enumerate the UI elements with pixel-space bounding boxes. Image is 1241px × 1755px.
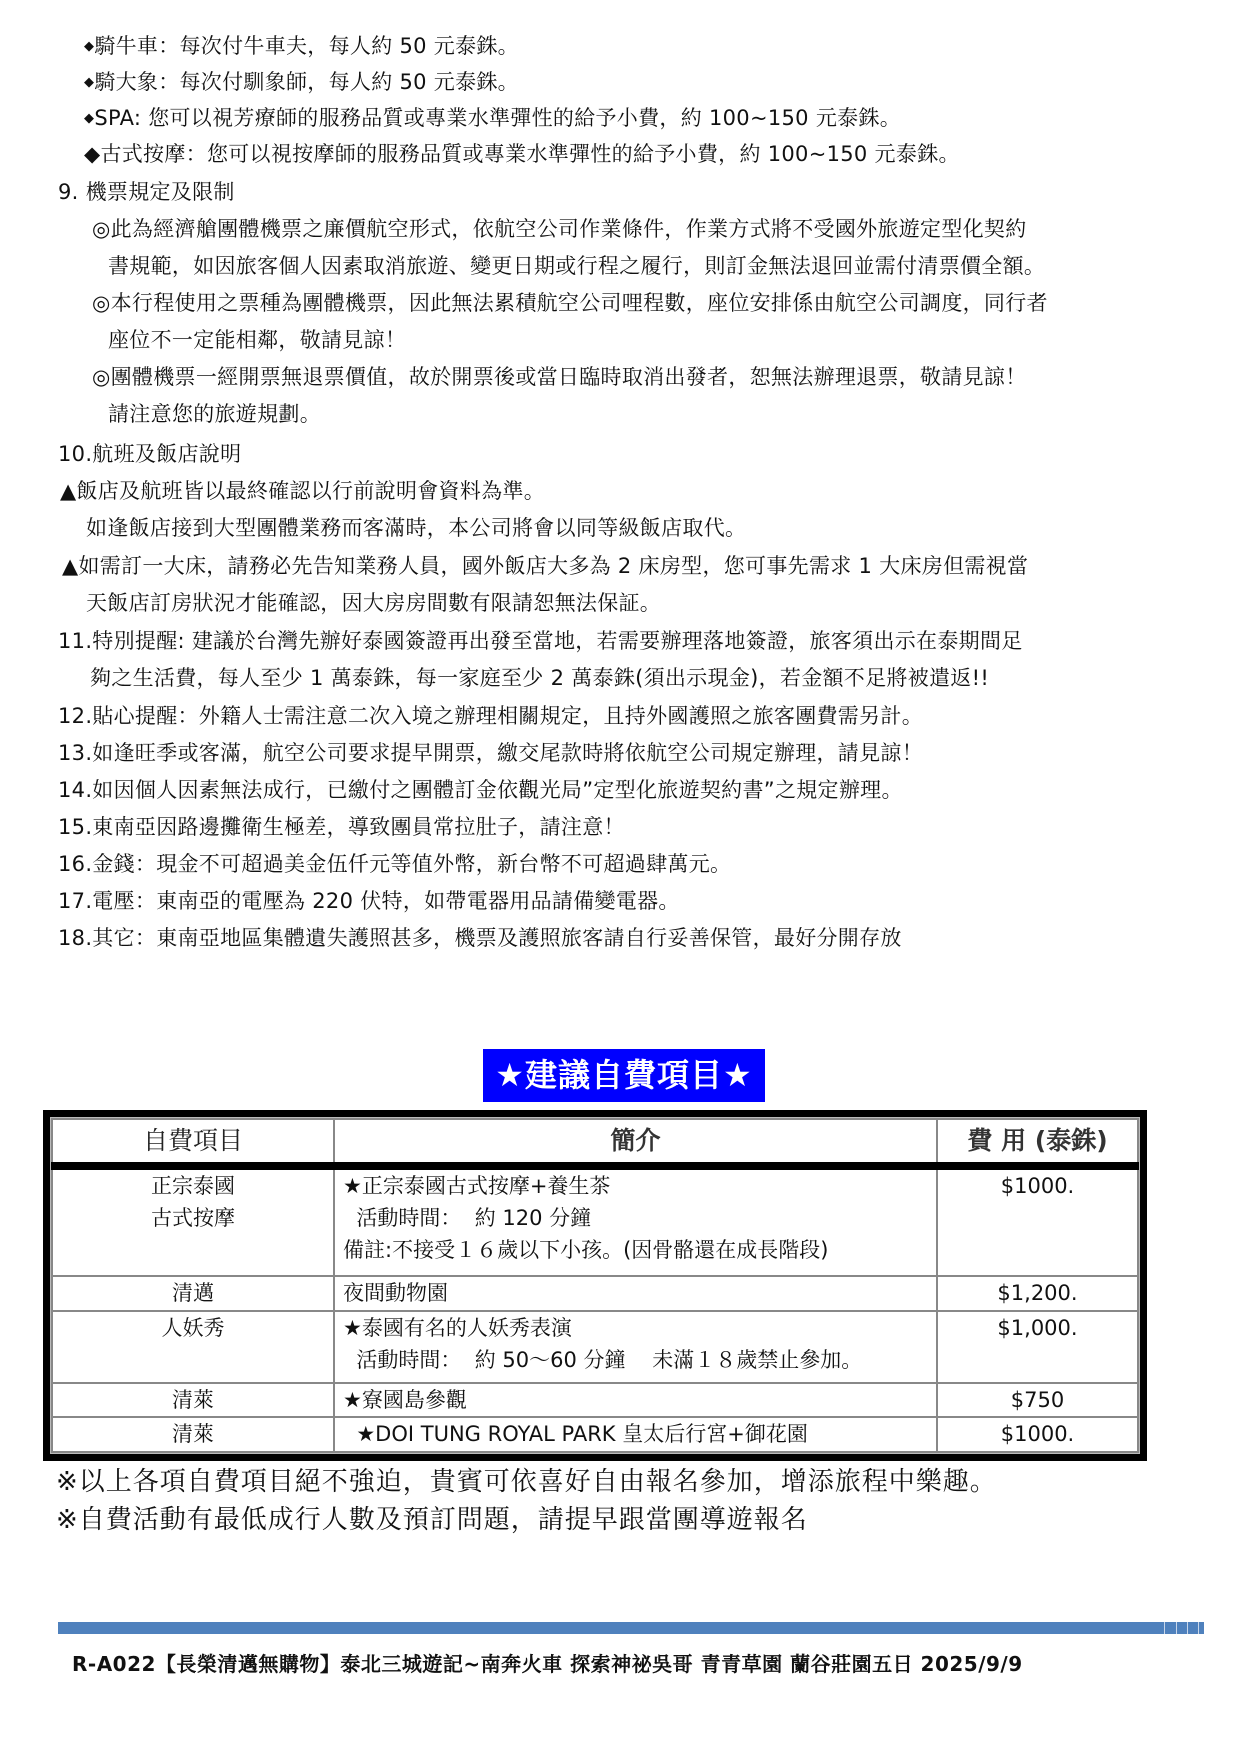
item-line: 古式按摩 — [61, 1202, 325, 1234]
table-header-row: 自費項目 簡介 費 用 (泰銖) — [52, 1119, 1138, 1166]
section-9-item-3-line-1: ◎團體機票一經開票無退票價值，故於開票後或當日臨時取消出發者，恕無法辦理退票，敬… — [92, 363, 1027, 391]
table-row: 清萊 ★寮國島參觀 $750 — [52, 1383, 1138, 1418]
section-9-item-1-line-1: ◎此為經濟艙團體機票之廉價航空形式，依航空公司作業條件，作業方式將不受國外旅遊定… — [92, 215, 1027, 243]
table-row: 清萊 ★DOI TUNG ROYAL PARK 皇太后行宮+御花園 $1000. — [52, 1417, 1138, 1452]
section-10-item-1-line-1: ▲飯店及航班皆以最終確認以行前說明會資料為準。 — [60, 477, 545, 505]
footer-itinerary-code: R-A022【長榮清邁無購物】泰北三城遊記~南奔火車 探索神祕吳哥 青青草園 蘭… — [72, 1648, 1023, 1677]
optional-tours-title: ★建議自費項目★ — [483, 1049, 765, 1102]
table-row: 清邁 夜間動物園 $1,200. — [52, 1276, 1138, 1311]
section-9-item-1-line-2: 書規範，如因旅客個人因素取消旅遊、變更日期或行程之履行，則訂金無法退回並需付清票… — [108, 252, 1045, 280]
cell-description: ★泰國有名的人妖秀表演 活動時間： 約 50～60 分鐘 未滿１８歲禁止參加。 — [334, 1311, 937, 1383]
section-10-item-2-line-1: ▲如需訂一大床，請務必先告知業務人員，國外飯店大多為 2 床房型，您可事先需求 … — [62, 552, 1028, 580]
table-row: 人妖秀 ★泰國有名的人妖秀表演 活動時間： 約 50～60 分鐘 未滿１８歲禁止… — [52, 1311, 1138, 1383]
cell-item: 清萊 — [52, 1383, 334, 1418]
bar-segment — [1176, 1622, 1177, 1634]
tip-text: 騎牛車：每次付牛車夫，每人約 50 元泰銖。 — [94, 34, 519, 58]
bar-segment — [1187, 1622, 1188, 1634]
section-11-line-1: 11.特別提醒: 建議於台灣先辦好泰國簽證再出發至當地，若需要辦理落地簽證，旅客… — [58, 627, 1023, 655]
cell-description: ★正宗泰國古式按摩+養生茶 活動時間： 約 120 分鐘 備註:不接受１６歲以下… — [334, 1166, 937, 1276]
desc-line: 活動時間： 約 120 分鐘 — [343, 1202, 928, 1234]
footer-divider-bar — [58, 1622, 1204, 1634]
bar-segment — [1198, 1622, 1199, 1634]
tip-text: SPA: 您可以視芳療師的服務品質或專業水準彈性的給予小費，約 100~150 … — [94, 106, 901, 130]
cell-description: ★寮國島參觀 — [334, 1383, 937, 1418]
diamond-bullet-icon: ◆ — [84, 111, 94, 126]
tip-ox-cart: ◆騎牛車：每次付牛車夫，每人約 50 元泰銖。 — [84, 32, 519, 61]
note-minimum-participants: ※自費活動有最低成行人數及預訂問題，請提早跟當團導遊報名 — [56, 1503, 808, 1537]
desc-line: 備註:不接受１６歲以下小孩。(因骨骼還在成長階段) — [343, 1234, 928, 1266]
table-row: 正宗泰國 古式按摩 ★正宗泰國古式按摩+養生茶 活動時間： 約 120 分鐘 備… — [52, 1166, 1138, 1276]
section-10-item-1-line-2: 如逢飯店接到大型團體業務而客滿時，本公司將會以同等級飯店取代。 — [86, 514, 746, 542]
cell-description: 夜間動物園 — [334, 1276, 937, 1311]
section-10-item-2-line-2: 天飯店訂房狀況才能確認，因大房房間數有限請恕無法保証。 — [86, 589, 661, 617]
section-10-heading: 10.航班及飯店說明 — [58, 440, 241, 468]
tip-spa: ◆SPA: 您可以視芳療師的服務品質或專業水準彈性的給予小費，約 100~150… — [84, 104, 901, 133]
cell-price: $1000. — [937, 1417, 1138, 1452]
bar-segment — [1164, 1622, 1165, 1634]
tip-elephant: ◆騎大象：每次付馴象師，每人約 50 元泰銖。 — [84, 68, 519, 97]
item-17: 17.電壓：東南亞的電壓為 220 伏特，如帶電器用品請備變電器。 — [58, 887, 680, 915]
section-9-heading: 9. 機票規定及限制 — [58, 178, 235, 206]
section-9-item-2-line-1: ◎本行程使用之票種為團體機票，因此無法累積航空公司哩程數，座位安排係由航空公司調… — [92, 289, 1048, 317]
note-optional-not-forced: ※以上各項自費項目絕不強迫，貴賓可依喜好自由報名參加，增添旅程中樂趣。 — [56, 1465, 997, 1499]
tip-massage: ◆古式按摩：您可以視按摩師的服務品質或專業水準彈性的給予小費，約 100~150… — [84, 140, 960, 168]
cell-price: $1,200. — [937, 1276, 1138, 1311]
item-18: 18.其它：東南亞地區集體遺失護照甚多，機票及護照旅客請自行妥善保管，最好分開存… — [58, 924, 902, 952]
tip-text: 騎大象：每次付馴象師，每人約 50 元泰銖。 — [94, 70, 519, 94]
cell-description: ★DOI TUNG ROYAL PARK 皇太后行宮+御花園 — [334, 1417, 937, 1452]
cell-item: 清萊 — [52, 1417, 334, 1452]
tip-text: 古式按摩：您可以視按摩師的服務品質或專業水準彈性的給予小費，約 100~150 … — [100, 142, 959, 166]
item-14: 14.如因個人因素無法成行，已繳付之團體訂金依觀光局”定型化旅遊契約書”之規定辦… — [58, 776, 903, 804]
optional-tours-table: 自費項目 簡介 費 用 (泰銖) 正宗泰國 古式按摩 ★正宗泰國古式按摩+養生茶… — [51, 1118, 1139, 1453]
desc-line: 活動時間： 約 50～60 分鐘 未滿１８歲禁止參加。 — [343, 1344, 928, 1376]
item-12: 12.貼心提醒：外籍人士需注意二次入境之辦理相關規定，且持外國護照之旅客團費需另… — [58, 702, 923, 730]
diamond-bullet-icon: ◆ — [84, 75, 94, 90]
diamond-bullet-icon: ◆ — [84, 39, 94, 54]
desc-line: ★泰國有名的人妖秀表演 — [343, 1312, 928, 1344]
section-9-item-3-line-2: 請注意您的旅遊規劃。 — [108, 400, 321, 428]
cell-price: $750 — [937, 1383, 1138, 1418]
header-price: 費 用 (泰銖) — [937, 1119, 1138, 1166]
desc-line: ★正宗泰國古式按摩+養生茶 — [343, 1170, 928, 1202]
optional-tours-table-frame: 自費項目 簡介 費 用 (泰銖) 正宗泰國 古式按摩 ★正宗泰國古式按摩+養生茶… — [43, 1110, 1147, 1461]
cell-price: $1000. — [937, 1166, 1138, 1276]
section-9-item-2-line-2: 座位不一定能相鄰，敬請見諒！ — [108, 326, 406, 354]
item-15: 15.東南亞因路邊攤衛生極差，導致團員常拉肚子，請注意！ — [58, 813, 625, 841]
cell-item: 清邁 — [52, 1276, 334, 1311]
section-11-line-2: 夠之生活費，每人至少 1 萬泰銖，每一家庭至少 2 萬泰銖(須出示現金)，若金額… — [90, 664, 989, 692]
cell-price: $1,000. — [937, 1311, 1138, 1383]
cell-item: 人妖秀 — [52, 1311, 334, 1383]
cell-item: 正宗泰國 古式按摩 — [52, 1166, 334, 1276]
item-16: 16.金錢：現金不可超過美金伍仟元等值外幣，新台幣不可超過肆萬元。 — [58, 850, 731, 878]
item-line: 正宗泰國 — [61, 1170, 325, 1202]
item-13: 13.如逢旺季或客滿，航空公司要求提早開票，繳交尾款時將依航空公司規定辦理，請見… — [58, 739, 923, 767]
header-item: 自費項目 — [52, 1119, 334, 1166]
diamond-bullet-icon: ◆ — [84, 142, 100, 166]
header-description: 簡介 — [334, 1119, 937, 1166]
